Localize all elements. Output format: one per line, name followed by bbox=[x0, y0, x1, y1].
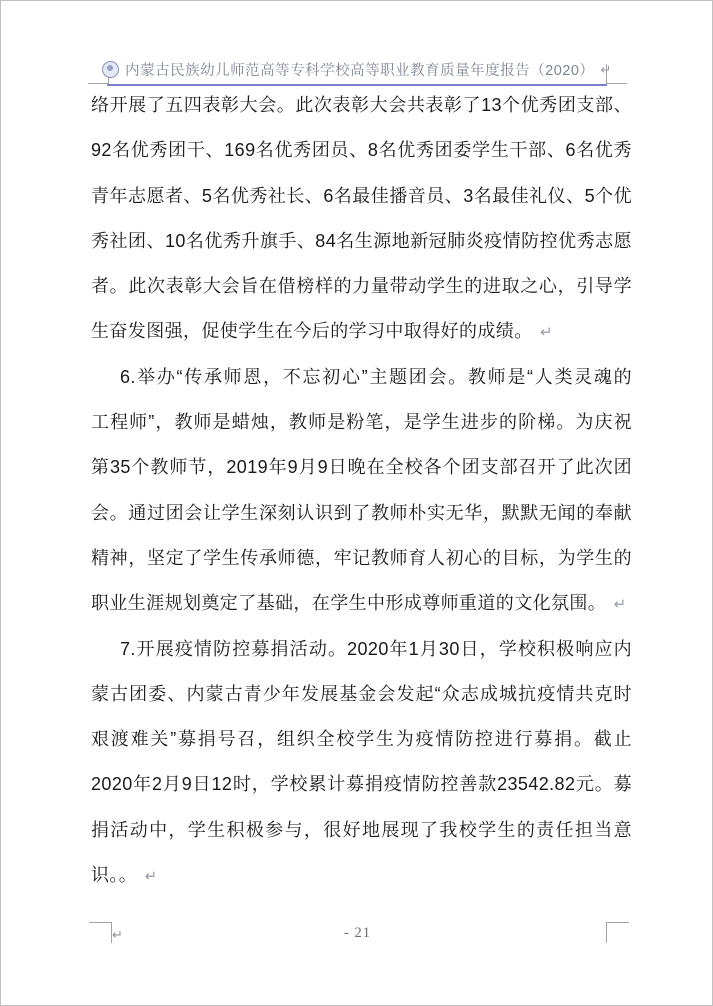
text-line[interactable]: 第35个教师节，2019年9月9日晚在全校各个团支部召开了此次团 bbox=[91, 445, 632, 490]
text-line[interactable]: 秀社团、10名优秀升旗手、84名生源地新冠肺炎疫情防控优秀志愿 bbox=[91, 219, 632, 264]
text-line[interactable]: 2020年2月9日12时，学校累计募捐疫情防控善款23542.82元。募 bbox=[91, 762, 632, 807]
text-line[interactable]: 青年志愿者、5名优秀社长、6名最佳播音员、3名最佳礼仪、5个优 bbox=[91, 174, 632, 219]
text-line-content: 职业生涯规划奠定了基础，在学生中形成尊师重道的文化氛围。 bbox=[91, 593, 606, 613]
paragraph-mark-icon: ↵ bbox=[614, 596, 627, 613]
text-line[interactable]: 蒙古团委、内蒙古青少年发展基金会发起“众志成城抗疫情共克时 bbox=[91, 672, 632, 717]
text-line[interactable]: 7.开展疫情防控募捐活动。2020年1月30日，学校积极响应内 bbox=[91, 627, 632, 672]
text-line[interactable]: 职业生涯规划奠定了基础，在学生中形成尊师重道的文化氛围。 ↵ bbox=[91, 581, 632, 626]
text-line-content: 生奋发图强，促使学生在今后的学习中取得好的成绩。 bbox=[91, 321, 533, 341]
paragraph-mark-icon: ↵ bbox=[600, 63, 611, 76]
text-line[interactable]: 艰渡难关”募捐号召，组织全校学生为疫情防控进行募捐。截止 bbox=[91, 717, 632, 762]
text-line[interactable]: 者。此次表彰大会旨在借榜样的力量带动学生的进取之心，引导学 bbox=[91, 264, 632, 309]
school-emblem-icon bbox=[102, 61, 119, 78]
document-body: 络开展了五四表彰大会。此次表彰大会共表彰了13个优秀团支部、 92名优秀团干、1… bbox=[91, 83, 632, 898]
text-line[interactable]: 会。通过团会让学生深刻认识到了教师朴实无华，默默无闻的奉献 bbox=[91, 491, 632, 536]
text-line[interactable]: 生奋发图强，促使学生在今后的学习中取得好的成绩。 ↵ bbox=[91, 309, 632, 354]
text-line[interactable]: 捐活动中，学生积极参与，很好地展现了我校学生的责任担当意 bbox=[91, 808, 632, 853]
text-line[interactable]: 工程师”，教师是蜡烛，教师是粉笔，是学生进步的阶梯。为庆祝 bbox=[91, 400, 632, 445]
page-number: - 21 bbox=[1, 925, 713, 942]
text-line-content: 识。。 bbox=[91, 865, 137, 885]
document-page: 内蒙古民族幼儿师范高等专科学校高等职业教育质量年度报告（2020） ↵ 络开展了… bbox=[0, 0, 713, 1006]
text-line[interactable]: 精神，坚定了学生传承师德，牢记教师育人初心的目标，为学生的 bbox=[91, 536, 632, 581]
header-title: 内蒙古民族幼儿师范高等专科学校高等职业教育质量年度报告（2020） bbox=[125, 59, 594, 80]
text-line[interactable]: 92名优秀团干、169名优秀团员、8名优秀团委学生干部、6名优秀 bbox=[91, 128, 632, 173]
paragraph-mark-icon: ↵ bbox=[540, 324, 553, 341]
text-line[interactable]: 识。。 ↵ bbox=[91, 853, 632, 898]
text-line[interactable]: 6.举办“传承师恩，不忘初心”主题团会。教师是“人类灵魂的 bbox=[91, 355, 632, 400]
text-line[interactable]: 络开展了五四表彰大会。此次表彰大会共表彰了13个优秀团支部、 bbox=[91, 83, 632, 128]
paragraph-mark-icon: ↵ bbox=[145, 868, 158, 885]
page-header[interactable]: 内蒙古民族幼儿师范高等专科学校高等职业教育质量年度报告（2020） ↵ bbox=[107, 56, 607, 82]
